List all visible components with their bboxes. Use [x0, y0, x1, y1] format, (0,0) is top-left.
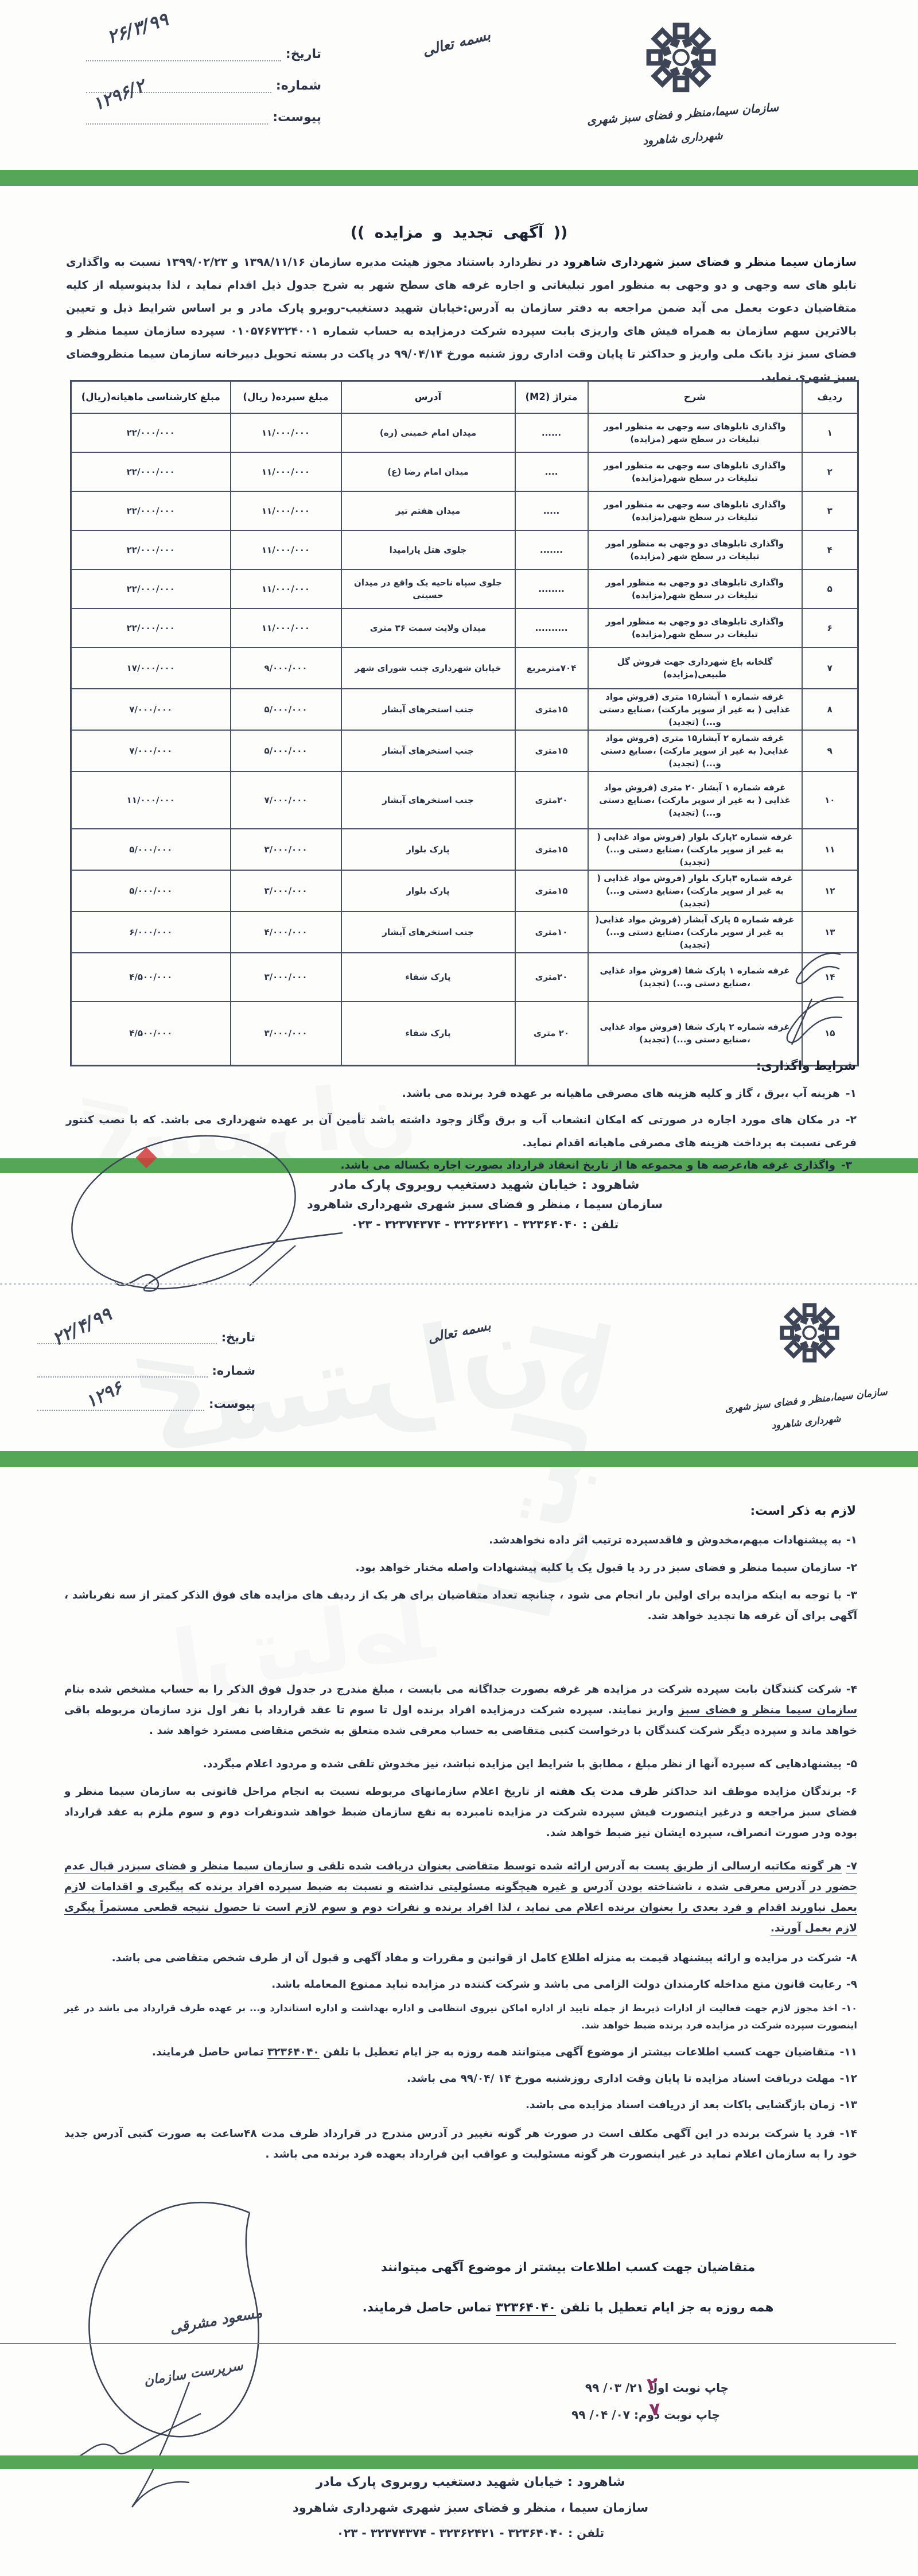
cell-desc: واگذاری تابلوهای دو وجهی به منظور امور ت…	[588, 569, 802, 608]
note-text: رعایت قانون منع مداخله کارمندان دولت الز…	[271, 1978, 842, 1991]
cell-appraisal: ۲۲/۰۰۰/۰۰۰	[71, 530, 231, 569]
cell-appraisal: ۴/۵۰۰/۰۰۰	[71, 1002, 231, 1066]
cell-area: ........	[515, 569, 588, 608]
cell-address: پارک بلوار	[341, 870, 515, 911]
table-row: ۳واگذاری تابلوهای سه وجهی به منظور امور …	[71, 491, 858, 530]
condition-item: ۱-هزینه آب ،برق ، گاز و کلیه هزینه های م…	[66, 1083, 857, 1105]
col-header-address: آدرس	[341, 381, 515, 413]
note-item: ۲-سازمان سیما منظر و فضای سبز در رد یا ق…	[64, 1558, 857, 1578]
cell-deposit: ۱۱/۰۰۰/۰۰۰	[231, 608, 341, 647]
info-line2-post: تماس حاصل فرمایند.	[363, 2300, 496, 2315]
org-emblem	[776, 1296, 843, 1370]
handwritten-scribble-icon	[772, 946, 846, 992]
note-text: متقاضیان جهت کسب اطلاعات بیشتر از موضوع …	[320, 2046, 835, 2058]
table-row: ۲واگذاری تابلوهای سه وجهی به منظور امور …	[71, 452, 858, 491]
note-number: ۷-	[846, 1860, 857, 1872]
cell-desc: غرفه شماره ۳پارک بلوار (فروش مواد غذایی …	[588, 870, 802, 911]
note-text: پیشنهادهایی که سپرده آنها از نظر مبلغ ، …	[203, 1758, 842, 1770]
print-first-value: ۲۱/ ۰۳/ ۹۹	[585, 2381, 644, 2395]
cell-desc: غرفه شماره ۲ آبشار۱۵ متری (فروش مواد غذا…	[588, 730, 802, 771]
handwritten-scribble-icon	[757, 992, 849, 1049]
cell-address: میدان ولایت سمت ۳۶ متری	[341, 608, 515, 647]
note-text: شرکت کنندگان بابت سپرده شرکت در مزایده ه…	[64, 1683, 842, 1696]
note-number: ۱۲-	[840, 2073, 857, 2085]
footer-address-block: شاهرود : خیابان شهید دستغیب روبروی پارک …	[143, 2475, 798, 2540]
attachment-label: پیوست:	[273, 110, 321, 125]
cell-address: جلوی هتل پارامیدا	[341, 530, 515, 569]
cell-desc: غرفه شماره ۱ آبشار ۲۰ متری (فروش مواد غذ…	[588, 771, 802, 829]
note-item: ۴-شرکت کنندگان بابت سپرده شرکت در مزایده…	[64, 1679, 857, 1741]
attachment-label: پیوست:	[209, 1397, 255, 1411]
date-label: تاریخ:	[286, 47, 321, 61]
note-text: اخذ مجوز لازم جهت فعالیت از ادارات ذیربط…	[64, 2003, 857, 2031]
note-text: شرکت در مزایده و ارائه پیشنهاد قیمت به م…	[112, 1952, 842, 1964]
table-row: ۹غرفه شماره ۲ آبشار۱۵ متری (فروش مواد غذ…	[71, 730, 858, 771]
besmellah-calligraphy: بسمه تعالی	[427, 1318, 492, 1347]
note-item: ۱۰-اخذ مجوز لازم جهت فعالیت از ادارات ذی…	[64, 2000, 857, 2034]
cell-deposit: ۱۱/۰۰۰/۰۰۰	[231, 569, 341, 608]
municipality-emblem-icon	[641, 14, 721, 100]
cell-appraisal: ۱۱/۰۰۰/۰۰۰	[71, 771, 231, 829]
table-header-row: ردیف شرح متراژ (M2) آدرس مبلغ سپرده( ریا…	[71, 381, 858, 413]
condition-text: واگذاری غرفه ها،عرصه ها و مجموعه ها از ت…	[340, 1159, 835, 1171]
info-line1: متقاضیان جهت کسب اطلاعات بیشتر از موضوع …	[356, 2260, 780, 2275]
cell-area: ۲۰متری	[515, 771, 588, 829]
print-first-label: چاپ نوبت اول	[648, 2381, 729, 2395]
attachment-field: پیوست:	[86, 110, 321, 125]
cell-address: جنب استخرهای آبشار	[341, 911, 515, 953]
table-row: ۱۰غرفه شماره ۱ آبشار ۲۰ متری (فروش مواد …	[71, 771, 858, 829]
cell-address: جنب استخرهای آبشار	[341, 689, 515, 730]
cell-deposit: ۴/۰۰۰/۰۰۰	[231, 911, 341, 953]
note-text: ظرف مدت یک هفته	[550, 1786, 658, 1798]
cell-appraisal: ۷/۰۰۰/۰۰۰	[71, 689, 231, 730]
cell-address: میدان هفتم تیر	[341, 491, 515, 530]
auction-table: ردیف شرح متراژ (M2) آدرس مبلغ سپرده( ریا…	[70, 380, 859, 1066]
note-number: ۱۰-	[842, 2003, 857, 2014]
cell-deposit: ۳/۰۰۰/۰۰۰	[231, 829, 341, 870]
cell-appraisal: ۲۲/۰۰۰/۰۰۰	[71, 452, 231, 491]
note-text: با توجه به اینکه مزایده برای اولین بار ا…	[64, 1589, 857, 1622]
col-header-desc: شرح	[588, 381, 802, 413]
auction-table-wrap: ردیف شرح متراژ (M2) آدرس مبلغ سپرده( ریا…	[70, 380, 859, 1066]
cell-area: ۱۵متری	[515, 730, 588, 771]
print-second-label: چاپ نوبت دوم:	[634, 2408, 720, 2422]
number-field: شماره:	[37, 1364, 255, 1378]
cell-address: جنب استخرهای آبشار	[341, 771, 515, 829]
intro-paragraph: سازمان سیما منظر و فضای سبز شهرداری شاهر…	[66, 250, 857, 389]
note-number: ۱۳-	[840, 2099, 857, 2111]
cell-desc: غرفه شماره ۱ آبشار۱۵ متری (فروش مواد غذا…	[588, 689, 802, 730]
note-item: ۳-با توجه به اینکه مزایده برای اولین بار…	[64, 1585, 857, 1627]
note-item: ۶-برندگان مزایده موظف اند حداکثر ظرف مدت…	[64, 1782, 857, 1844]
print-second-value: ۰۷/ ۰۴/ ۹۹	[571, 2408, 630, 2422]
cell-area: ۲۰ متری	[515, 1002, 588, 1066]
cell-address: پارک شفاء	[341, 1002, 515, 1066]
table-row: ۱۴غرفه شماره ۱ پارک شفا (فروش مواد غذایی…	[71, 953, 858, 1002]
condition-text: هزینه آب ،برق ، گاز و کلیه هزینه های مصر…	[402, 1088, 840, 1100]
table-row: ۶واگذاری تابلوهای دو وجهی به منظور امور …	[71, 608, 858, 647]
cell-row: ۱	[802, 413, 858, 452]
cell-area: ..........	[515, 608, 588, 647]
cell-area: ۱۵متری	[515, 689, 588, 730]
cell-address: جلوی سپاه ناحیه یک واقع در میدان حسینی	[341, 569, 515, 608]
note-number: ۸-	[846, 1952, 857, 1964]
cell-row: ۲	[802, 452, 858, 491]
footer-rule	[0, 2343, 896, 2344]
col-header-appraisal: مبلغ کارشناسی ماهیانه(ریال)	[71, 381, 231, 413]
cell-deposit: ۳/۰۰۰/۰۰۰	[231, 870, 341, 911]
cell-address: میدان امام رضا (ع)	[341, 452, 515, 491]
cell-row: ۴	[802, 530, 858, 569]
note-number: ۴-	[846, 1683, 857, 1696]
note-number: ۱۴-	[840, 2128, 857, 2140]
cell-deposit: ۱۱/۰۰۰/۰۰۰	[231, 452, 341, 491]
org-name-line2: شهرداری شاهرود	[620, 127, 746, 149]
cell-appraisal: ۴/۵۰۰/۰۰۰	[71, 953, 231, 1002]
handwritten-print-digit: ۲	[646, 2373, 660, 2395]
cell-row: ۱۱	[802, 829, 858, 870]
condition-number: ۱-	[846, 1088, 857, 1100]
table-row: ۸غرفه شماره ۱ آبشار۱۵ متری (فروش مواد غذ…	[71, 689, 858, 730]
cell-address: میدان امام خمینی (ره)	[341, 413, 515, 452]
cell-desc: واگذاری تابلوهای سه وجهی به منظور امور ت…	[588, 452, 802, 491]
note-item: ۱۳-زمان بازگشایی پاکات بعد از دریافت اسن…	[64, 2095, 857, 2116]
cell-desc: غرفه شماره ۵ پارک آبشار (فروش مواد غذایی…	[588, 911, 802, 953]
cell-appraisal: ۱۷/۰۰۰/۰۰۰	[71, 647, 231, 689]
note-item: ۱۱-متقاضیان جهت کسب اطلاعات بیشتر از موض…	[64, 2042, 857, 2063]
cell-deposit: ۳/۰۰۰/۰۰۰	[231, 1002, 341, 1066]
cell-appraisal: ۵/۰۰۰/۰۰۰	[71, 870, 231, 911]
col-header-area: متراژ (M2)	[515, 381, 588, 413]
cell-address: پارک بلوار	[341, 829, 515, 870]
note-number: ۲-	[846, 1562, 857, 1574]
cell-deposit: ۵/۰۰۰/۰۰۰	[231, 730, 341, 771]
note-number: ۵-	[846, 1758, 857, 1770]
cell-desc: واگذاری تابلوهای دو وجهی به منظور امور ت…	[588, 530, 802, 569]
cell-row: ۱۲	[802, 870, 858, 911]
besmellah-calligraphy: بسمه تعالی	[421, 26, 492, 59]
attachment-dotted-line	[37, 1399, 204, 1411]
cell-address: جنب استخرهای آبشار	[341, 730, 515, 771]
cell-row: ۹	[802, 730, 858, 771]
handwritten-print-digit: ۷	[648, 2399, 662, 2420]
cell-area: ۱۰متری	[515, 911, 588, 953]
intro-body: در نظردارد باستناد مجوز هیئت مدیره سازما…	[66, 255, 857, 383]
table-row: ۱واگذاری تابلوهای سه وجهی به منظور امور …	[71, 413, 858, 452]
note-item: ۹-رعایت قانون منع مداخله کارمندان دولت ا…	[64, 1974, 857, 1995]
cell-area: ۱۵متری	[515, 870, 588, 911]
cell-desc: واگذاری تابلوهای سه وجهی به منظور امور ت…	[588, 413, 802, 452]
cell-desc: واگذاری تابلوهای دو وجهی به منظور امور ت…	[588, 608, 802, 647]
scanned-tender-document: گستران گستران ارتباط ارتباط تاریخ: شماره…	[0, 0, 918, 2576]
intro-lead: سازمان سیما منظر و فضای سبز شهرداری شاهر…	[563, 255, 857, 269]
print-run-second: چاپ نوبت دوم: ۰۷/ ۰۴/ ۹۹	[571, 2408, 720, 2422]
cell-area: ......	[515, 413, 588, 452]
date-field: تاریخ:	[86, 47, 321, 61]
footer-phone: تلفن : ۳۲۳۶۴۰۴۰ - ۳۲۳۶۲۴۲۱ - ۳۲۳۷۴۳۷۴ - …	[143, 2526, 798, 2540]
table-row: ۱۲غرفه شماره ۳پارک بلوار (فروش مواد غذای…	[71, 870, 858, 911]
cell-area: ۷۰۴مترمربع	[515, 647, 588, 689]
cell-appraisal: ۲۲/۰۰۰/۰۰۰	[71, 569, 231, 608]
conditions-heading: شرایط واگذاری:	[756, 1059, 856, 1073]
org-name-line1: سازمان سیما،منظر و فضای سبز شهری	[585, 100, 781, 127]
date-dotted-line	[86, 50, 281, 61]
cell-deposit: ۳/۰۰۰/۰۰۰	[231, 953, 341, 1002]
number-label: شماره:	[212, 1364, 256, 1378]
note-number: ۱-	[846, 1534, 857, 1546]
cell-address: پارک شفاء	[341, 953, 515, 1002]
cell-appraisal: ۷/۰۰۰/۰۰۰	[71, 730, 231, 771]
note-text: برندگان مزایده موظف اند حداکثر	[658, 1786, 842, 1798]
accent-bar-page2	[0, 1451, 918, 1467]
table-row: ۴واگذاری تابلوهای دو وجهی به منظور امور …	[71, 530, 858, 569]
cell-appraisal: ۵/۰۰۰/۰۰۰	[71, 829, 231, 870]
table-row: ۱۵غرفه شماره ۲ پارک شفا (فروش مواد غذایی…	[71, 1002, 858, 1066]
notes-heading: لازم به ذکر است:	[750, 1504, 857, 1518]
number-label: شماره:	[276, 79, 321, 93]
cell-appraisal: ۶/۰۰۰/۰۰۰	[71, 911, 231, 953]
number-dotted-line	[37, 1366, 208, 1378]
notes-list: ۱-به پیشنهادات مبهم،مخدوش و فاقدسپرده تر…	[64, 1530, 857, 2165]
note-text: سازمان سیما منظر و فضای سبز	[679, 1704, 857, 1716]
signature-stroke	[106, 1228, 353, 1297]
cell-area: ۲۰متری	[515, 953, 588, 1002]
note-number: ۳-	[846, 1589, 857, 1601]
note-item: ۱۲-مهلت دریافت اسناد مزایده تا پایان وقت…	[64, 2069, 857, 2089]
handwritten-date: ۲۶/۳/۹۹	[104, 8, 171, 48]
note-text: سازمان سیما منظر و فضای سبز در رد یا قبو…	[355, 1562, 841, 1574]
footer-line1: شاهرود : خیابان شهید دستغیب روبروی پارک …	[143, 2475, 798, 2489]
org-emblem	[641, 14, 721, 100]
cell-area: ....	[515, 452, 588, 491]
attachment-dotted-line	[86, 113, 268, 125]
note-text: ۳۲۳۶۴۰۴۰	[267, 2046, 320, 2058]
cell-appraisal: ۲۲/۰۰۰/۰۰۰	[71, 608, 231, 647]
accent-bar-top	[0, 170, 918, 186]
note-item: ۸-شرکت در مزایده و ارائه پیشنهاد قیمت به…	[64, 1948, 857, 1969]
cell-deposit: ۱۱/۰۰۰/۰۰۰	[231, 530, 341, 569]
note-item: ۱۴-فرد یا شرکت برنده در این آگهی مکلف اس…	[64, 2124, 857, 2165]
cell-deposit: ۱۱/۰۰۰/۰۰۰	[231, 413, 341, 452]
municipality-emblem-icon	[776, 1296, 843, 1370]
note-text: به پیشنهادات مبهم،مخدوش و فاقدسپرده ترتی…	[489, 1534, 842, 1546]
info-line2: همه روزه به جز ایام تعطیل با تلفن ۳۲۳۶۴۰…	[321, 2300, 815, 2315]
note-text: مهلت دریافت اسناد مزایده تا پایان وقت اد…	[407, 2073, 835, 2085]
cell-deposit: ۷/۰۰۰/۰۰۰	[231, 771, 341, 829]
col-header-deposit: مبلغ سپرده( ریال)	[231, 381, 341, 413]
cell-appraisal: ۲۲/۰۰۰/۰۰۰	[71, 413, 231, 452]
col-header-row: ردیف	[802, 381, 858, 413]
condition-number: ۲-	[846, 1114, 857, 1126]
cell-deposit: ۱۱/۰۰۰/۰۰۰	[231, 491, 341, 530]
cell-row: ۳	[802, 491, 858, 530]
info-phone: ۳۲۳۶۴۰۴۰	[496, 2300, 556, 2315]
cell-area: .......	[515, 530, 588, 569]
cell-row: ۶	[802, 608, 858, 647]
page-title: (( آگهی تجدید و مزایده ))	[0, 224, 918, 242]
cell-desc: واگذاری تابلوهای سه وجهی به منظور امور ت…	[588, 491, 802, 530]
note-number: ۱۱-	[840, 2046, 857, 2058]
info-line2-pre: همه روزه به جز ایام تعطیل با تلفن	[556, 2300, 773, 2315]
note-item: ۷-هر گونه مکاتبه ارسالی از طریق پست به آ…	[64, 1856, 857, 1939]
cell-deposit: ۵/۰۰۰/۰۰۰	[231, 689, 341, 730]
condition-number: ۳-	[841, 1159, 852, 1171]
cell-appraisal: ۲۲/۰۰۰/۰۰۰	[71, 491, 231, 530]
table-row: ۵واگذاری تابلوهای دو وجهی به منظور امور …	[71, 569, 858, 608]
cell-desc: گلخانه باغ شهرداری جهت فروش گل طبیعی(مزا…	[588, 647, 802, 689]
note-text: هر گونه مکاتبه ارسالی از طریق پست به آدر…	[64, 1860, 857, 1934]
cell-deposit: ۹/۰۰۰/۰۰۰	[231, 647, 341, 689]
cell-area: .....	[515, 491, 588, 530]
cell-desc: غرفه شماره ۲پارک بلوار (فروش مواد غذایی …	[588, 829, 802, 870]
attachment-field: پیوست:	[37, 1397, 255, 1411]
cell-row: ۸	[802, 689, 858, 730]
cell-row: ۵	[802, 569, 858, 608]
cell-row: ۱۰	[802, 771, 858, 829]
footer-line2: سازمان سیما ، منظر و فضای سبز شهری شهردا…	[143, 2501, 798, 2515]
cell-address: خیابان شهرداری جنب شورای شهر	[341, 647, 515, 689]
note-text: فرد یا شرکت برنده در این آگهی مکلف است د…	[64, 2128, 857, 2160]
note-text: زمان بازگشایی پاکات بعد از دریافت اسناد …	[526, 2099, 835, 2111]
cell-area: ۱۵متری	[515, 829, 588, 870]
note-item: ۱-به پیشنهادات مبهم،مخدوش و فاقدسپرده تر…	[64, 1530, 857, 1551]
cell-row: ۷	[802, 647, 858, 689]
page-separator	[0, 1283, 918, 1285]
table-row: ۷گلخانه باغ شهرداری جهت فروش گل طبیعی(مز…	[71, 647, 858, 689]
note-text: تماس حاصل فرمایند.	[152, 2046, 267, 2058]
note-number: ۶-	[846, 1786, 857, 1798]
table-row: ۱۳غرفه شماره ۵ پارک آبشار (فروش مواد غذا…	[71, 911, 858, 953]
org-name-line2: شهرداری شاهرود	[752, 1411, 861, 1433]
date-label: تاریخ:	[221, 1330, 255, 1344]
note-number: ۹-	[846, 1978, 857, 1991]
accent-bar-bottom	[0, 2455, 918, 2469]
org-name-line1: سازمان سیما،منظر و فضای سبز شهری	[720, 1386, 892, 1415]
table-row: ۱۱غرفه شماره ۲پارک بلوار (فروش مواد غذای…	[71, 829, 858, 870]
note-item: ۵-پیشنهادهایی که سپرده آنها از نظر مبلغ …	[64, 1754, 857, 1775]
